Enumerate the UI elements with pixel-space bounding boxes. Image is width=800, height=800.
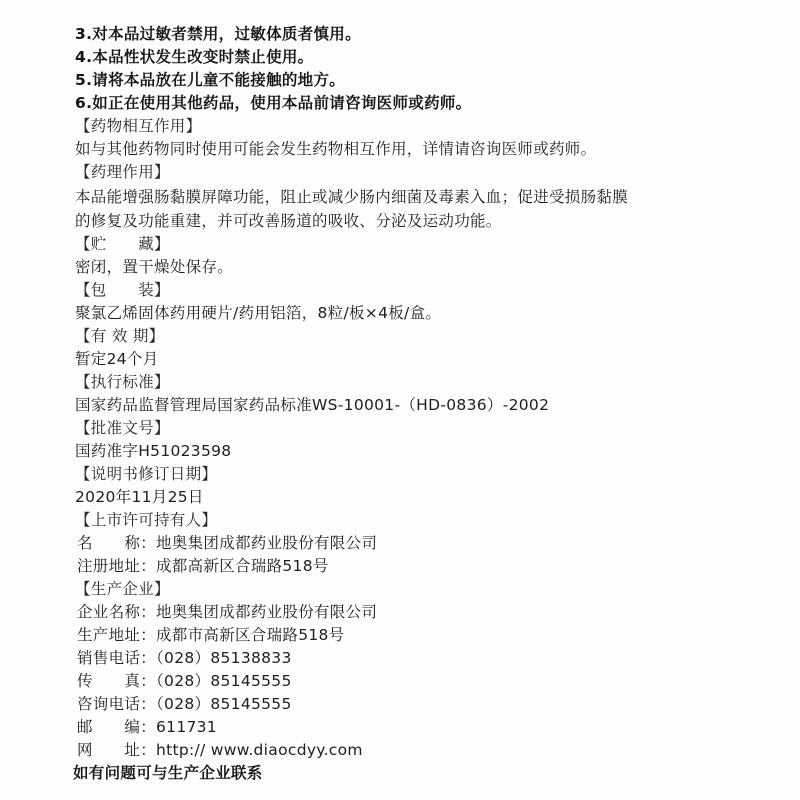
validity-text: 暂定24个月 — [75, 348, 159, 370]
note-3: 3.对本品过敏者禁用，过敏体质者慎用。 — [75, 23, 361, 45]
packaging-text: 聚氯乙烯固体药用硬片/药用铝箔，8粒/板×4板/盒。 — [75, 302, 441, 324]
manufacturer-address: 生产地址：成都市高新区合瑞路518号 — [77, 624, 345, 646]
manufacturer-consult-phone: 咨询电话：（028）85145555 — [77, 693, 292, 715]
manufacturer-name: 企业名称：地奥集团成都药业股份有限公司 — [77, 601, 377, 623]
interactions-text: 如与其他药物同时使用可能会发生药物相互作用，详情请咨询医师或药师。 — [75, 138, 596, 160]
note-5: 5.请将本品放在儿童不能接触的地方。 — [75, 69, 345, 91]
license-holder-address: 注册地址：成都高新区合瑞路518号 — [77, 555, 329, 577]
pharmacology-heading: 【药理作用】 — [75, 161, 170, 183]
manufacturer-heading: 【生产企业】 — [75, 578, 170, 600]
pharmacology-text-2: 的修复及功能重建，并可改善肠道的吸收、分泌及运动功能。 — [75, 210, 502, 232]
pharmacology-text-1: 本品能增强肠黏膜屏障功能，阻止或减少肠内细菌及毒素入血；促进受损肠黏膜 — [75, 186, 628, 208]
note-6: 6.如正在使用其他药品，使用本品前请咨询医师或药师。 — [75, 92, 471, 114]
manufacturer-sales-phone: 销售电话：（028）85138833 — [77, 647, 292, 669]
footer-contact-note: 如有问题可与生产企业联系 — [73, 762, 263, 784]
validity-heading: 【有 效 期】 — [75, 325, 164, 347]
manufacturer-website: 网 址：http:// www.diaocdyy.com — [77, 739, 363, 761]
revision-date-heading: 【说明书修订日期】 — [75, 463, 217, 485]
manufacturer-fax: 传 真：（028）85145555 — [77, 670, 292, 692]
packaging-heading: 【包 装】 — [75, 279, 170, 301]
license-holder-heading: 【上市许可持有人】 — [75, 509, 217, 531]
approval-text: 国药准字H51023598 — [75, 440, 231, 462]
note-4: 4.本品性状发生改变时禁止使用。 — [75, 46, 313, 68]
revision-date-text: 2020年11月25日 — [75, 486, 204, 508]
storage-heading: 【贮 藏】 — [75, 233, 170, 255]
storage-text: 密闭，置干燥处保存。 — [75, 256, 233, 278]
approval-heading: 【批准文号】 — [75, 417, 170, 439]
standard-text: 国家药品监督管理局国家药品标准WS-10001-（HD-0836）-2002 — [75, 394, 549, 416]
standard-heading: 【执行标准】 — [75, 371, 170, 393]
interactions-heading: 【药物相互作用】 — [75, 115, 201, 137]
license-holder-name: 名 称：地奥集团成都药业股份有限公司 — [77, 532, 377, 554]
drug-leaflet-page: 3.对本品过敏者禁用，过敏体质者慎用。 4.本品性状发生改变时禁止使用。 5.请… — [0, 0, 800, 800]
manufacturer-postcode: 邮 编：611731 — [77, 716, 217, 738]
